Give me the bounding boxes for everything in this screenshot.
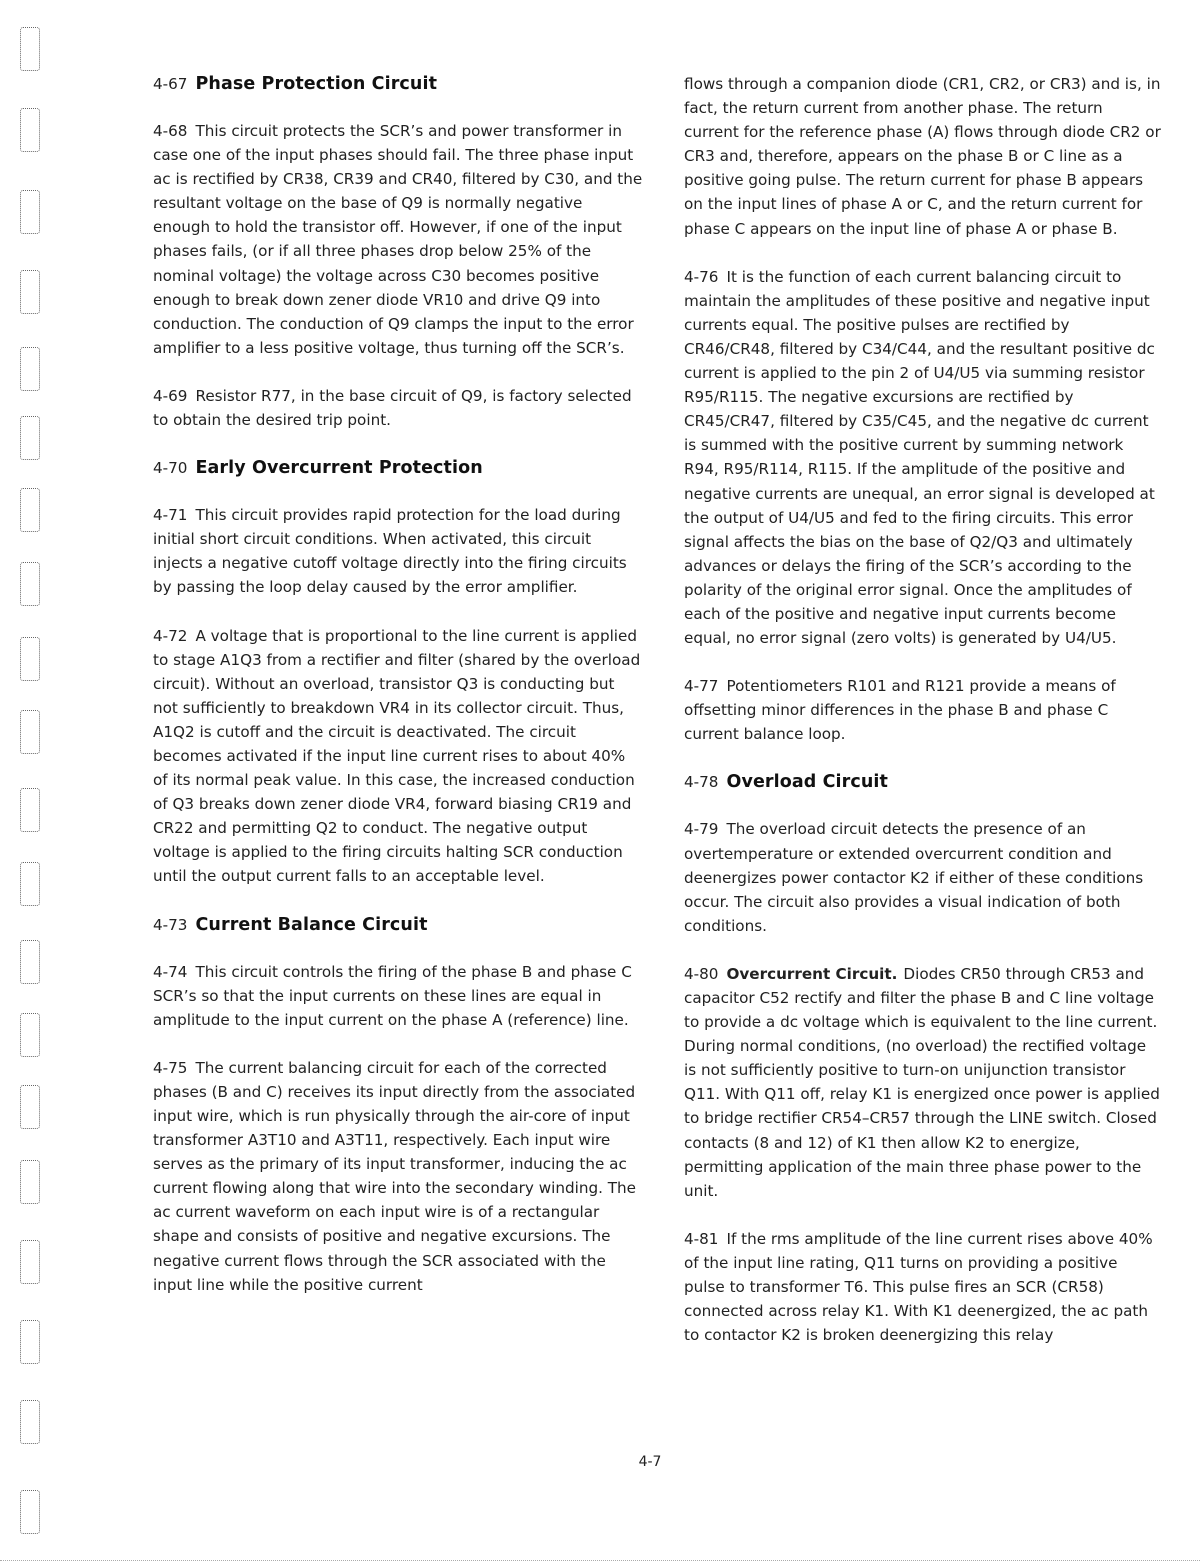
right-column: flows through a companion diode (CR1, CR… <box>684 72 1162 1347</box>
section-heading-4-70: 4-70Early Overcurrent Protection <box>153 456 643 480</box>
paragraph-4-77: 4-77Potentiometers R101 and R121 provide… <box>684 674 1162 746</box>
section-heading-4-67: 4-67Phase Protection Circuit <box>153 72 643 96</box>
paragraph-text: It is the function of each current balan… <box>684 268 1155 647</box>
paragraph-text: The current balancing circuit for each o… <box>153 1059 636 1294</box>
paragraph-number: 4-77 <box>684 677 718 695</box>
punch-hole-mark <box>20 862 40 906</box>
section-title: Early Overcurrent Protection <box>195 458 482 478</box>
punch-hole-mark <box>20 1490 40 1534</box>
punch-hole-mark <box>20 347 40 391</box>
paragraph-4-68: 4-68This circuit protects the SCR’s and … <box>153 119 643 360</box>
run-in-heading: Overcurrent Circuit. <box>726 965 897 983</box>
page-number: 4-7 <box>0 1454 1200 1470</box>
section-number: 4-73 <box>153 916 187 934</box>
punch-hole-mark <box>20 416 40 460</box>
punch-hole-mark <box>20 27 40 71</box>
punch-hole-mark <box>20 1240 40 1284</box>
paragraph-number: 4-71 <box>153 506 187 524</box>
document-page: 4-67Phase Protection Circuit 4-68This ci… <box>0 0 1200 1568</box>
paragraph-number: 4-75 <box>153 1059 187 1077</box>
paragraph-text: This circuit protects the SCR’s and powe… <box>153 122 642 357</box>
paragraph-4-75: 4-75The current balancing circuit for ea… <box>153 1056 643 1297</box>
paragraph-text: If the rms amplitude of the line current… <box>684 1230 1153 1344</box>
section-title: Phase Protection Circuit <box>195 74 437 94</box>
section-title: Overload Circuit <box>726 772 888 792</box>
paragraph-number: 4-74 <box>153 963 187 981</box>
paragraph-number: 4-68 <box>153 122 187 140</box>
paragraph-number: 4-72 <box>153 627 187 645</box>
section-heading-4-78: 4-78Overload Circuit <box>684 770 1162 794</box>
scan-edge-dots <box>0 1560 1200 1563</box>
paragraph-text: Diodes CR50 through CR53 and capacitor C… <box>684 965 1160 1200</box>
paragraph-4-69: 4-69Resistor R77, in the base circuit of… <box>153 384 643 432</box>
punch-hole-mark <box>20 562 40 606</box>
punch-hole-mark <box>20 1400 40 1444</box>
paragraph-number: 4-69 <box>153 387 187 405</box>
paragraph-number: 4-79 <box>684 820 718 838</box>
left-column: 4-67Phase Protection Circuit 4-68This ci… <box>153 72 643 1297</box>
section-number: 4-67 <box>153 75 187 93</box>
paragraph-4-71: 4-71This circuit provides rapid protecti… <box>153 503 643 599</box>
paragraph-4-74: 4-74This circuit controls the firing of … <box>153 960 643 1032</box>
paragraph-text: The overload circuit detects the presenc… <box>684 820 1143 934</box>
paragraph-number: 4-76 <box>684 268 718 286</box>
section-heading-4-73: 4-73Current Balance Circuit <box>153 913 643 937</box>
punch-hole-mark <box>20 788 40 832</box>
punch-hole-mark <box>20 1013 40 1057</box>
paragraph-4-76: 4-76It is the function of each current b… <box>684 265 1162 651</box>
section-number: 4-78 <box>684 773 718 791</box>
punch-hole-mark <box>20 270 40 314</box>
punch-hole-mark <box>20 637 40 681</box>
punch-hole-mark <box>20 710 40 754</box>
paragraph-text: A voltage that is proportional to the li… <box>153 627 640 886</box>
paragraph-4-79: 4-79The overload circuit detects the pre… <box>684 817 1162 937</box>
paragraph-number: 4-80 <box>684 965 718 983</box>
punch-hole-mark <box>20 108 40 152</box>
punch-hole-mark <box>20 1320 40 1364</box>
paragraph-text: flows through a companion diode (CR1, CR… <box>684 75 1161 238</box>
paragraph-text: Resistor R77, in the base circuit of Q9,… <box>153 387 632 429</box>
paragraph-text: This circuit provides rapid protection f… <box>153 506 627 596</box>
punch-hole-mark <box>20 940 40 984</box>
punch-hole-mark <box>20 1085 40 1129</box>
paragraph-4-72: 4-72A voltage that is proportional to th… <box>153 624 643 889</box>
punch-hole-mark <box>20 488 40 532</box>
paragraph-4-75-continued: flows through a companion diode (CR1, CR… <box>684 72 1162 241</box>
paragraph-number: 4-81 <box>684 1230 718 1248</box>
paragraph-text: Potentiometers R101 and R121 provide a m… <box>684 677 1116 743</box>
section-title: Current Balance Circuit <box>195 915 427 935</box>
paragraph-4-80: 4-80Overcurrent Circuit.Diodes CR50 thro… <box>684 962 1162 1203</box>
section-number: 4-70 <box>153 459 187 477</box>
paragraph-4-81: 4-81If the rms amplitude of the line cur… <box>684 1227 1162 1347</box>
paragraph-text: This circuit controls the firing of the … <box>153 963 632 1029</box>
punch-hole-mark <box>20 190 40 234</box>
punch-hole-mark <box>20 1160 40 1204</box>
